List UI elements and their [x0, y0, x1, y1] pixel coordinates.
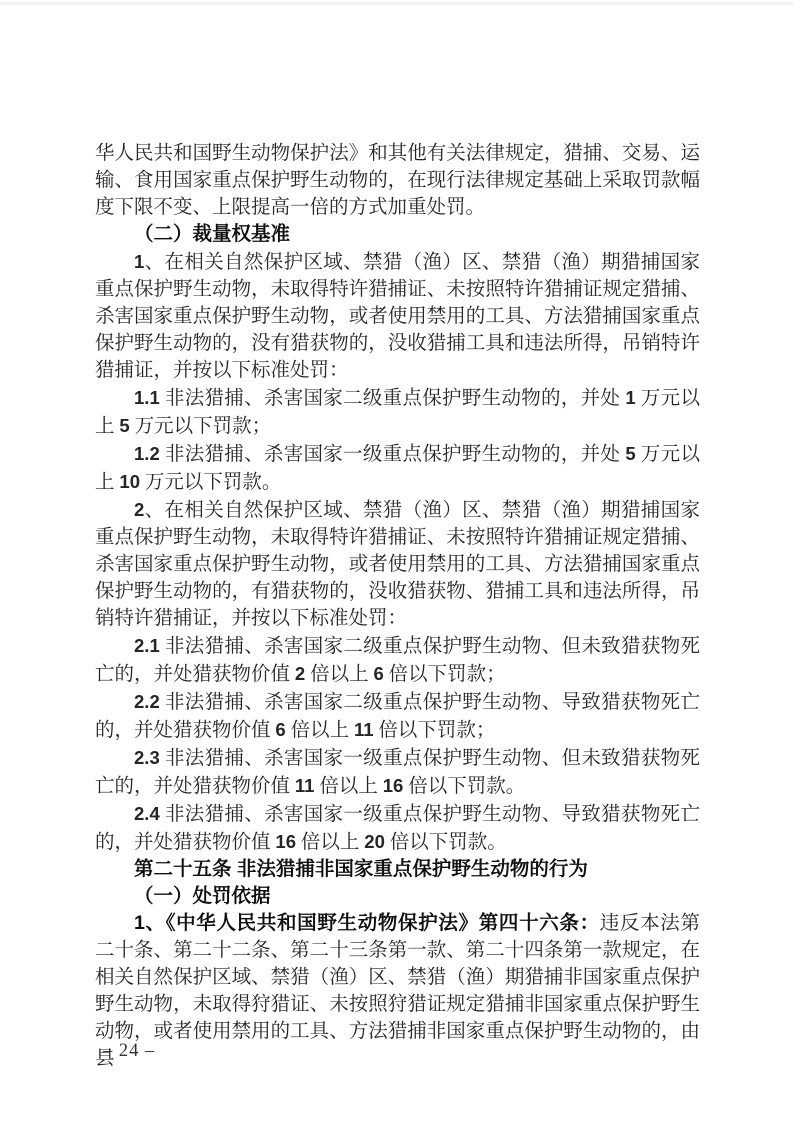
clause-1-no-catch: 1、在相关自然保护区域、禁猎（渔）区、禁猎（渔）期猎捕国家重点保护野生动物，未取…: [95, 248, 700, 384]
numeral: 2.1: [134, 635, 160, 656]
penalty-item-1-2: 1.2 非法猎捕、杀害国家一级重点保护野生动物的，并处 5 万元以上 10 万元…: [95, 440, 700, 496]
law-citation-bold-lead: 1、《中华人民共和国野生动物保护法》第四十六条：: [134, 912, 600, 934]
numeral: 1: [134, 251, 144, 272]
paragraph-continuation: 华人民共和国野生动物保护法》和其他有关法律规定，猎捕、交易、运输、食用国家重点保…: [95, 140, 700, 221]
numeral: 5: [625, 443, 635, 464]
numeral: 11: [295, 775, 315, 796]
numeral: 20: [364, 831, 385, 852]
numeral: 1.1: [134, 387, 160, 408]
page-number: – 24 –: [103, 1039, 155, 1063]
penalty-item-2-3: 2.3 非法猎捕、杀害国家一级重点保护野生动物、但未致猎获物死亡的，并处猎获物价…: [95, 744, 700, 800]
numeral: 16: [275, 831, 296, 852]
clause-2-with-catch: 2、在相关自然保护区域、禁猎（渔）区、禁猎（渔）期猎捕国家重点保护野生动物，未取…: [95, 496, 700, 632]
numeral: 6: [275, 719, 285, 740]
numeral: 1: [134, 912, 145, 934]
numeral: 10: [119, 471, 140, 492]
document-page: 华人民共和国野生动物保护法》和其他有关法律规定，猎捕、交易、运输、食用国家重点保…: [0, 0, 793, 1122]
subsection-heading-penalty-basis: （一）处罚依据: [95, 883, 700, 910]
numeral: 6: [373, 663, 383, 684]
penalty-item-1-1: 1.1 非法猎捕、杀害国家二级重点保护野生动物的，并处 1 万元以上 5 万元以…: [95, 384, 700, 440]
clause-law-citation: 1、《中华人民共和国野生动物保护法》第四十六条：违反本法第二十条、第二十二条、第…: [95, 910, 700, 1072]
numeral: 11: [354, 719, 374, 740]
numeral: 16: [383, 775, 404, 796]
penalty-item-2-4: 2.4 非法猎捕、杀害国家一级重点保护野生动物、导致猎获物死亡的，并处猎获物价值…: [95, 800, 700, 856]
subsection-heading-discretion-benchmark: （二）裁量权基准: [95, 221, 700, 248]
numeral: 5: [119, 415, 129, 436]
penalty-item-2-1: 2.1 非法猎捕、杀害国家二级重点保护野生动物、但未致猎获物死亡的，并处猎获物价…: [95, 632, 700, 688]
penalty-item-2-2: 2.2 非法猎捕、杀害国家二级重点保护野生动物、导致猎获物死亡的，并处猎获物价值…: [95, 688, 700, 744]
numeral: 1.2: [134, 443, 160, 464]
article-25-heading: 第二十五条 非法猎捕非国家重点保护野生动物的行为: [95, 856, 700, 883]
document-body: 华人民共和国野生动物保护法》和其他有关法律规定，猎捕、交易、运输、食用国家重点保…: [95, 140, 700, 1072]
numeral: 2.2: [134, 691, 160, 712]
numeral: 1: [625, 387, 635, 408]
page-top-edge-shadow: [0, 2, 793, 5]
numeral: 2: [134, 499, 144, 520]
numeral: 2.4: [134, 803, 160, 824]
law-citation-body-text: 违反本法第二十条、第二十二条、第二十三条第一款、第二十四条第一款规定，在相关自然…: [95, 913, 700, 1069]
numeral: 2: [295, 663, 305, 684]
numeral: 2.3: [134, 747, 160, 768]
